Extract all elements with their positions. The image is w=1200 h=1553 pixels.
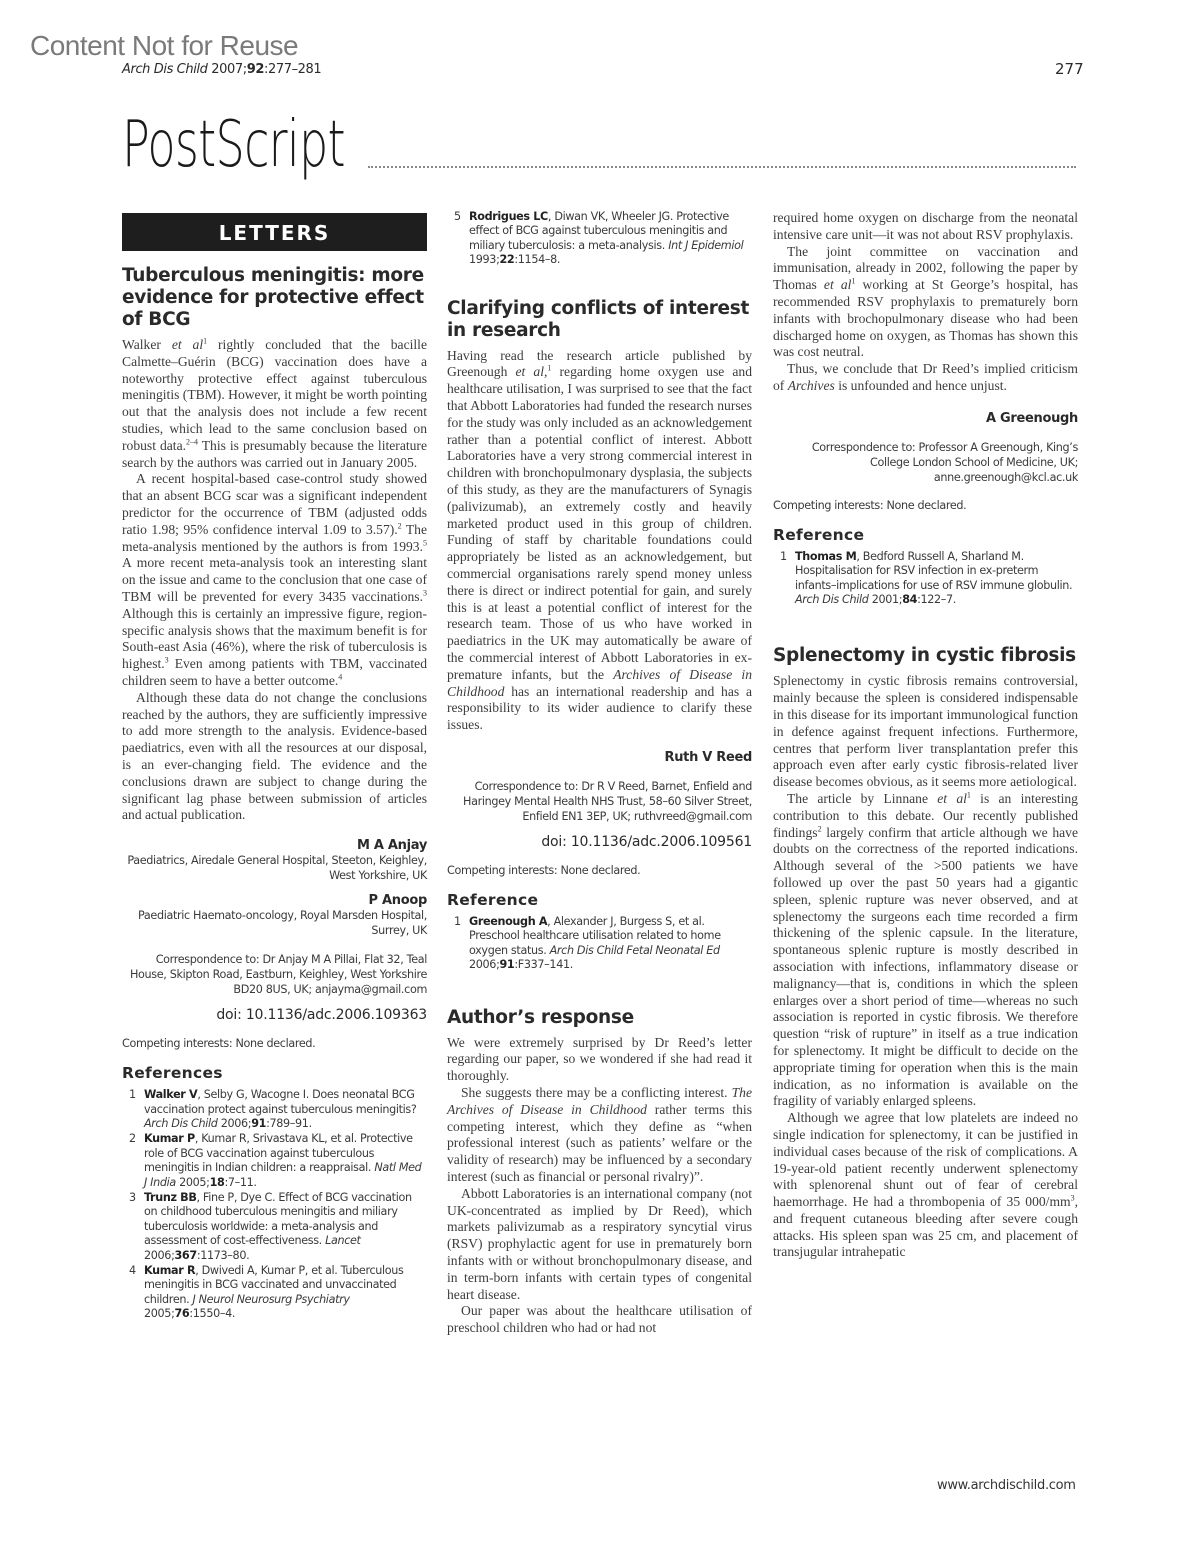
author-affiliation: Paediatric Haemato-oncology, Royal Marsd… — [122, 908, 427, 938]
journal-volume: 92 — [247, 62, 264, 77]
doi: doi: 10.1136/adc.2006.109561 — [447, 834, 752, 850]
article-paragraph: Walker et al1 rightly concluded that the… — [122, 337, 427, 471]
article-paragraph: She suggests there may be a conflicting … — [447, 1085, 752, 1186]
author-affiliation: Paediatrics, Airedale General Hospital, … — [122, 853, 427, 883]
reference-list: 1Walker V, Selby G, Wacogne I. Does neon… — [122, 1088, 427, 1322]
author-name: A Greenough — [773, 411, 1078, 426]
letters-banner: LETTERS — [122, 213, 427, 251]
article-paragraph: Splenectomy in cystic fibrosis remains c… — [773, 673, 1078, 791]
article-title: Clarifying conflicts of interest in rese… — [447, 298, 752, 342]
competing-interests: Competing interests: None declared. — [447, 864, 752, 877]
footer-url[interactable]: www.archdischild.com — [937, 1478, 1076, 1493]
article-paragraph: Having read the research article publish… — [447, 348, 752, 734]
competing-interests: Competing interests: None declared. — [122, 1037, 427, 1050]
journal-year: 2007; — [211, 62, 246, 77]
article-paragraph: Although these data do not change the co… — [122, 690, 427, 824]
reference-item: 1Thomas M, Bedford Russell A, Sharland M… — [773, 550, 1078, 608]
correspondence: Correspondence to: Dr R V Reed, Barnet, … — [447, 779, 752, 824]
running-head: Arch Dis Child 2007;92:277–281 — [122, 62, 321, 77]
article-title: Author’s response — [447, 1007, 752, 1029]
author-name: P Anoop — [122, 893, 427, 908]
reference-item: 4Kumar R, Dwivedi A, Kumar P, et al. Tub… — [122, 1264, 427, 1322]
journal-pages: :277–281 — [264, 62, 321, 77]
watermark: Content Not for Reuse — [30, 30, 298, 62]
article-paragraph: We were extremely surprised by Dr Reed’s… — [447, 1035, 752, 1085]
article-paragraph: The joint committee on vaccination and i… — [773, 244, 1078, 362]
correspondence: Correspondence to: Dr Anjay M A Pillai, … — [122, 952, 427, 997]
article-paragraph: Thus, we conclude that Dr Reed’s implied… — [773, 361, 1078, 395]
reference-item: 5Rodrigues LC, Diwan VK, Wheeler JG. Pro… — [447, 210, 752, 268]
column-2: 5Rodrigues LC, Diwan VK, Wheeler JG. Pro… — [447, 210, 752, 1337]
article-paragraph: Although we agree that low platelets are… — [773, 1110, 1078, 1261]
author-name: M A Anjay — [122, 838, 427, 853]
reference-item: 3Trunz BB, Fine P, Dye C. Effect of BCG … — [122, 1191, 427, 1263]
doi: doi: 10.1136/adc.2006.109363 — [122, 1007, 427, 1023]
reference-item: 1Greenough A, Alexander J, Burgess S, et… — [447, 915, 752, 973]
author-name: Ruth V Reed — [447, 750, 752, 765]
reference-list-continued: 5Rodrigues LC, Diwan VK, Wheeler JG. Pro… — [447, 210, 752, 268]
column-3: required home oxygen on discharge from t… — [773, 210, 1078, 1261]
reference-list: 1Thomas M, Bedford Russell A, Sharland M… — [773, 550, 1078, 608]
article-title: Tuberculous meningitis: more evidence fo… — [122, 265, 427, 331]
article-paragraph: Abbott Laboratories is an international … — [447, 1186, 752, 1304]
journal-name: Arch Dis Child — [122, 62, 207, 77]
article-paragraph: A recent hospital-based case-control stu… — [122, 471, 427, 689]
correspondence: Correspondence to: Professor A Greenough… — [773, 440, 1078, 485]
article-title: Splenectomy in cystic fibrosis — [773, 645, 1078, 667]
reference-heading: Reference — [447, 891, 752, 909]
references-heading: References — [122, 1064, 427, 1082]
competing-interests: Competing interests: None declared. — [773, 499, 1078, 512]
section-title: PostScript — [122, 108, 345, 182]
title-dotted-rule — [368, 166, 1076, 168]
article-paragraph: The article by Linnane et al1 is an inte… — [773, 791, 1078, 1110]
article-paragraph: Our paper was about the healthcare utili… — [447, 1303, 752, 1337]
reference-item: 1Walker V, Selby G, Wacogne I. Does neon… — [122, 1088, 427, 1131]
article-paragraph: required home oxygen on discharge from t… — [773, 210, 1078, 244]
column-1: LETTERS Tuberculous meningitis: more evi… — [122, 210, 427, 1323]
reference-list: 1Greenough A, Alexander J, Burgess S, et… — [447, 915, 752, 973]
page-number: 277 — [1055, 60, 1084, 78]
reference-item: 2Kumar P, Kumar R, Srivastava KL, et al.… — [122, 1132, 427, 1190]
reference-heading: Reference — [773, 526, 1078, 544]
